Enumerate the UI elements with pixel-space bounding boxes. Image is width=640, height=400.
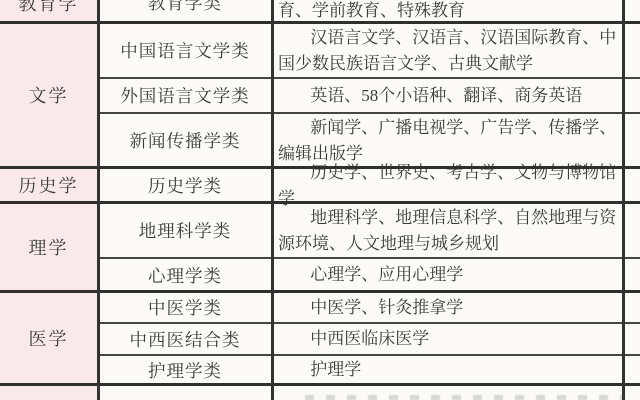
table-gridline	[0, 21, 640, 24]
majors-text: 中医学、针灸推拿学	[274, 295, 622, 321]
scanned-table: 教育学 文学 历史学 理学 医学 教育学类 育、学前教育、特殊教育 中国语言文学…	[0, 0, 640, 400]
majors-text: 中西医临床医学	[274, 326, 622, 352]
group-label: 历史学	[19, 172, 79, 198]
category-label: 历史学类	[148, 173, 222, 198]
majors-cell-traditional-chinese-medicine: 中医学、针灸推拿学	[274, 293, 622, 322]
category-label: 新闻传播学类	[130, 128, 241, 153]
group-cell-education: 教育学	[0, 0, 97, 22]
category-cell-journalism-communication: 新闻传播学类	[99, 114, 271, 167]
majors-text: 英语、58个小语种、翻译、商务英语	[274, 83, 622, 109]
group-label: 文学	[29, 82, 69, 108]
category-cell-traditional-chinese-medicine: 中医学类	[99, 293, 271, 322]
category-label: 中西医结合类	[130, 327, 241, 352]
category-cell-psychology: 心理学类	[99, 259, 271, 291]
majors-text: 护理学	[274, 357, 622, 383]
majors-cell-geography-science: 地理科学、地理信息科学、自然地理与资源环境、人文地理与城乡规划	[274, 204, 622, 257]
majors-cell-history: 历史学、世界史、考古学、文物与博物馆学	[274, 169, 622, 202]
table-gridline	[97, 257, 640, 259]
table-gridline	[0, 201, 640, 204]
clipped-next-row-text	[305, 395, 625, 400]
majors-cell-integrated-chinese-western-medicine: 中西医临床医学	[274, 324, 622, 354]
table-gridline	[622, 0, 625, 400]
category-label: 中国语言文学类	[120, 38, 250, 63]
table-gridline	[97, 322, 640, 324]
table-gridline	[97, 77, 640, 79]
group-cell-science: 理学	[0, 202, 97, 291]
category-cell-history: 历史学类	[99, 169, 271, 202]
group-cell-literature: 文学	[0, 22, 97, 167]
table-gridline	[0, 166, 640, 169]
table-gridline	[0, 383, 640, 386]
group-label: 理学	[29, 234, 69, 260]
category-label: 外国语言文学类	[120, 83, 250, 108]
table-gridline	[271, 0, 274, 400]
majors-cell-education: 育、学前教育、特殊教育	[274, 0, 622, 22]
category-cell-foreign-language-literature: 外国语言文学类	[99, 79, 271, 112]
majors-text: 地理科学、地理信息科学、自然地理与资源环境、人文地理与城乡规划	[274, 205, 622, 257]
table-gridline	[97, 0, 100, 400]
group-cell-history: 历史学	[0, 167, 97, 202]
table-gridline	[0, 290, 640, 293]
majors-cell-chinese-language-literature: 汉语言文学、汉语言、汉语国际教育、中国少数民族语言文学、古典文献学	[274, 24, 622, 77]
category-label: 中医学类	[148, 295, 222, 320]
group-cell-medicine: 医学	[0, 291, 97, 384]
majors-cell-nursing: 护理学	[274, 356, 622, 384]
category-cell-chinese-language-literature: 中国语言文学类	[99, 24, 271, 77]
majors-cell-foreign-language-literature: 英语、58个小语种、翻译、商务英语	[274, 79, 622, 112]
category-label: 护理学类	[148, 358, 222, 383]
category-label: 心理学类	[148, 263, 222, 288]
category-cell-integrated-chinese-western-medicine: 中西医结合类	[99, 324, 271, 354]
group-cell-next-partial	[0, 384, 97, 400]
category-label: 地理科学类	[139, 218, 232, 243]
category-label: 教育学类	[148, 0, 222, 15]
category-cell-education: 教育学类	[99, 0, 271, 22]
category-cell-geography-science: 地理科学类	[99, 204, 271, 257]
majors-cell-psychology: 心理学、应用心理学	[274, 259, 622, 291]
table-gridline	[97, 112, 640, 114]
majors-text: 汉语言文学、汉语言、汉语国际教育、中国少数民族语言文学、古典文献学	[274, 25, 622, 77]
group-label: 教育学	[19, 0, 79, 16]
group-label: 医学	[29, 325, 69, 351]
category-cell-nursing: 护理学类	[99, 356, 271, 384]
majors-text: 心理学、应用心理学	[274, 262, 622, 288]
table-gridline	[97, 354, 640, 356]
